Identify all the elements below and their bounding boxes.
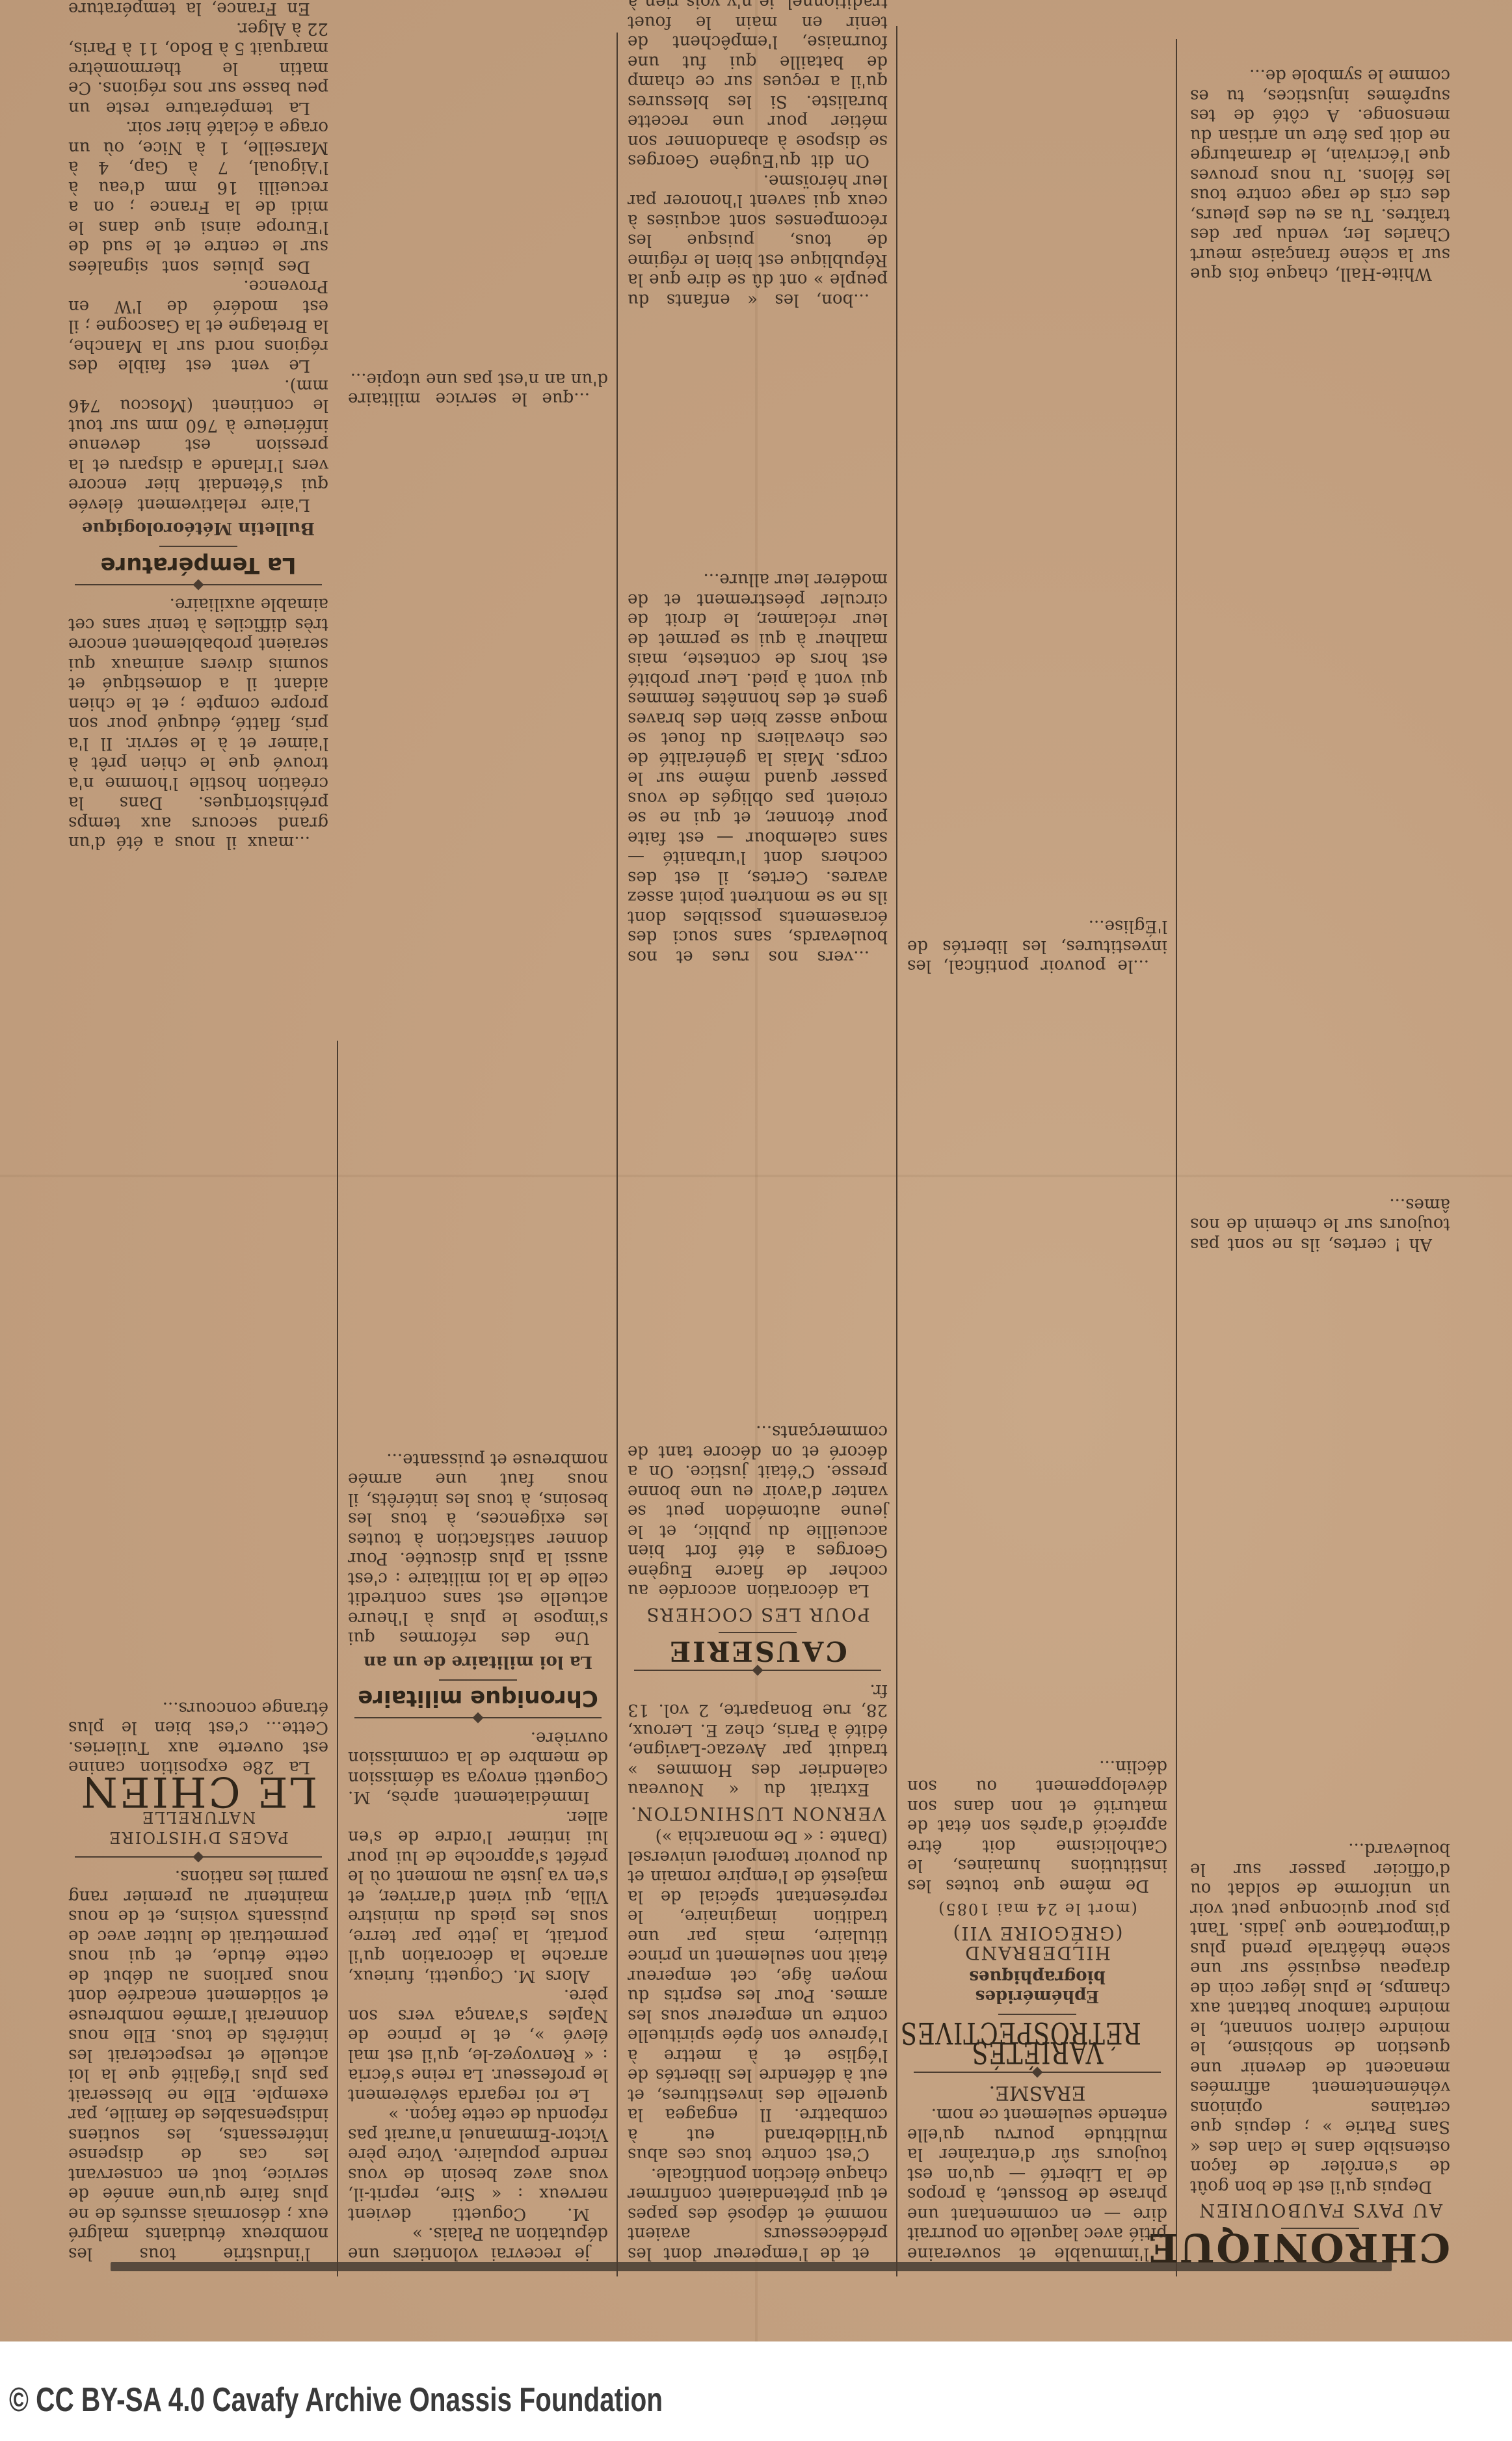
paragraph: ...vers nos rues et nos boulevards, sans… — [628, 570, 888, 967]
ornament-rule — [439, 1679, 517, 1681]
column-divider — [617, 33, 618, 2276]
ornament-rule — [75, 584, 322, 585]
paragraph: ...le pouvoir pontifical, les investitur… — [907, 916, 1167, 976]
column-varietes: l'immuable et souveraine pitié avec laqu… — [907, 916, 1167, 2263]
author-signature: ERASME. — [907, 2083, 1167, 2103]
column-chronique-militaire: je recevrai volontiers une députation au… — [348, 369, 608, 2264]
section-subheading: Ephémérides biographiques — [907, 1967, 1167, 2007]
paragraph: C'est contre tous ces abus qu'Hildebrand… — [628, 1827, 888, 2165]
paragraph: La 28e exposition canine est ouverte aux… — [68, 1698, 328, 1778]
paragraph: Ah ! certes, ils ne sont pas toujours su… — [1190, 1195, 1450, 1255]
copyright-credit: © CC BY-SA 4.0 Cavafy Archive Onassis Fo… — [9, 2377, 663, 2423]
paragraph: je recevrai volontiers une députation au… — [348, 2224, 608, 2263]
ornament-rule — [159, 546, 237, 548]
paragraph: Le roi regarda sévèrement le professeur.… — [348, 1986, 608, 2105]
column-causerie: et de l'empereur dont les prédécesseurs … — [628, 0, 888, 2263]
paragraph: et de l'empereur dont les prédécesseurs … — [628, 2165, 888, 2264]
article-subheading: Bulletin Météorologique — [68, 518, 328, 539]
section-heading: CHRONIQUE — [1190, 2237, 1450, 2258]
paragraph: White-Hall, chaque fois que sur la scène… — [1190, 66, 1450, 284]
section-subheading: La loi militaire de un an — [348, 1652, 608, 1672]
ornament-rule — [719, 1632, 797, 1633]
section-heading: Chronique militaire — [348, 1688, 608, 1709]
ornament-rule — [914, 2072, 1161, 2074]
column-divider — [896, 26, 897, 2276]
section-heading: CAUSERIE — [628, 1641, 888, 1661]
source-note: Extrait du « Nouveau calendrier des Homm… — [628, 1681, 888, 1800]
weather-paragraph: En France, la température va se tenir au… — [68, 0, 328, 19]
ornament-rule — [634, 1670, 881, 1672]
biography-subject: HILDEBRAND (GRÉGOIRE VII) — [907, 1923, 1167, 1963]
paragraph: l'immuable et souveraine pitié avec laqu… — [907, 2105, 1167, 2263]
section-subheading: POUR LES COCHERS — [628, 1605, 888, 1625]
newspaper-page: CHRONIQUE AU PAYS FAUBOURIEN Depuis qu'i… — [0, 0, 1512, 2341]
column-le-chien: l'industrie tous les nombreux étudiants … — [68, 0, 328, 2263]
ornament-rule — [354, 1718, 602, 1719]
paragraph: ...bon, les « enfants du peuple » ont dû… — [628, 171, 888, 310]
section-heading: LE CHIEN — [68, 1781, 328, 1802]
ornament-rule — [75, 1856, 322, 1858]
paragraph: l'industrie tous les nombreux étudiants … — [68, 1867, 328, 2263]
author-signature: VERNON LUSHINGTON. — [628, 1804, 888, 1824]
weather-paragraph: La température reste un peu basse sur no… — [68, 19, 328, 118]
biography-date: (mort le 24 mai 1085) — [907, 1899, 1167, 1919]
paragraph: Une des réformes qui s'impose le plus à … — [348, 1450, 608, 1648]
weather-paragraph: Le vent est faible des régions nord sur … — [68, 276, 328, 376]
paragraph: ...que le service militaire d'un an n'es… — [348, 369, 608, 409]
paragraph: ...maux il nous a été d'un grand secours… — [68, 594, 328, 853]
section-heading: VARIÉTÉS RÉTROSPECTIVES — [933, 2023, 1141, 2063]
paragraph: De même que toutes les institutions huma… — [907, 1757, 1167, 1896]
paragraph: La décoration accordée au cocher de fiac… — [628, 1422, 888, 1601]
column-divider — [337, 1041, 338, 2276]
article-heading: La Température — [68, 555, 328, 576]
weather-paragraph: Des pluies sont signalées sur le centre … — [68, 118, 328, 276]
column-divider — [1176, 39, 1177, 2276]
column-chronique: CHRONIQUE AU PAYS FAUBOURIEN Depuis qu'i… — [1190, 66, 1450, 2263]
paragraph: On dit qu'Eugène Georges se dispose à ab… — [628, 0, 888, 171]
paragraph: Alors M. Coguetti, furieux, arrache la d… — [348, 1807, 608, 1986]
paragraph: Depuis qu'il est de bon goût de s'enrôle… — [1190, 1839, 1450, 2196]
section-subheading: AU PAYS FAUBOURIEN — [1190, 2200, 1450, 2221]
paragraph: Immédiatement après, M. Coguetti envoya … — [348, 1728, 608, 1807]
paragraph: M. Coguetti devient nerveux : « Sire, re… — [348, 2105, 608, 2224]
weather-paragraph: L'aire relativement élevée qui s'étendai… — [68, 376, 328, 515]
